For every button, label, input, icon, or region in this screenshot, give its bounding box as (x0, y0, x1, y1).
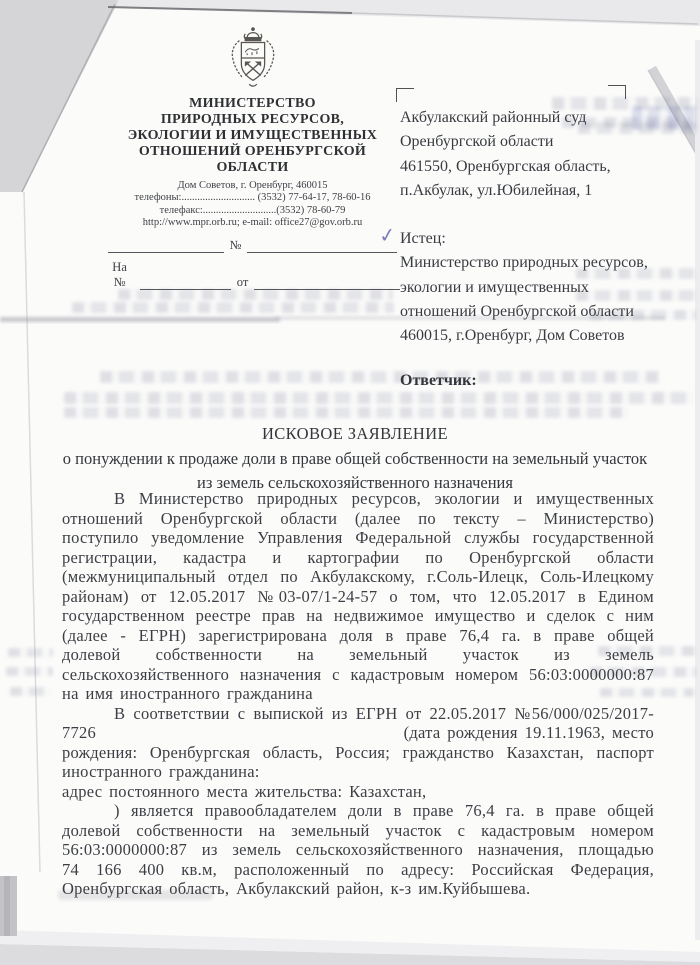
redaction-gap-line: 7726 (дата рождения 19.11.1963, место (62, 723, 654, 743)
bleed-through-artifact (6, 667, 53, 676)
court-address-line: п.Акбулак, ул.Юбилейная, 1 (400, 179, 658, 203)
plaintiff-label: ✓ Истец: (400, 227, 658, 251)
letterhead: МИНИСТЕРСТВО ПРИРОДНЫХ РЕСУРСОВ, ЭКОЛОГИ… (105, 26, 400, 290)
court-address-line: Оренбургской области (400, 130, 658, 154)
plaintiff-line: отношений Оренбургской области (400, 300, 658, 324)
doc-number-blank (247, 239, 397, 253)
ref-number-row: На № от (105, 260, 400, 290)
bleed-through-artifact (10, 687, 52, 696)
body-paragraph: В Министерство природных ресурсов, эколо… (62, 489, 654, 704)
body-paragraph: рождения: Оренбургская область, Россия; … (62, 743, 654, 782)
body-paragraph: В соответствии с выпиской из ЕГРН от 22.… (62, 704, 654, 724)
court-address-line: 461550, Оренбургская область, (400, 155, 658, 179)
addressee-block: Акбулакский районный суд Оренбургской об… (400, 85, 658, 393)
letterhead-web: http://www.mpr.orb.ru; e-mail: office27@… (105, 217, 400, 229)
scanned-document-page: МИНИСТЕРСТВО ПРИРОДНЫХ РЕСУРСОВ, ЭКОЛОГИ… (0, 0, 700, 965)
bleed-through-artifact (64, 392, 694, 404)
org-name-line: ЭКОЛОГИИ И ИМУЩЕСТВЕННЫХ (105, 128, 400, 144)
ref-from-label: от (237, 275, 249, 290)
document-body: В Министерство природных ресурсов, эколо… (62, 489, 654, 899)
page-left-edge (24, 192, 40, 872)
number-sign: № (230, 238, 242, 253)
pen-checkmark-icon: ✓ (377, 222, 397, 248)
corner-bracket-right-icon (608, 85, 626, 99)
letterhead-phones: телефоны:............................ (3… (105, 192, 400, 204)
page-right-edge (695, 40, 700, 940)
doc-title: ИСКОВОЕ ЗАЯВЛЕНИЕ (55, 424, 655, 444)
letterhead-address: Дом Советов, г. Оренбург, 460015 (105, 180, 400, 192)
doc-number-row: № (105, 238, 400, 253)
ref-label: На № (105, 260, 134, 290)
court-address-line: Акбулакский районный суд (400, 106, 658, 130)
org-name-line: МИНИСТЕРСТВО (105, 96, 400, 112)
ref-number-blank (140, 276, 231, 290)
bleed-through-artifact (72, 302, 394, 313)
coat-of-arms-icon (222, 26, 284, 92)
body-paragraph: адрес постоянного места жительства: Каза… (62, 782, 654, 802)
scanner-strip-dark (4, 876, 10, 936)
bleed-through-artifact (8, 648, 53, 657)
corner-bracket-left-icon (396, 88, 414, 102)
plaintiff-line: 460015, г.Оренбург, Дом Советов (400, 324, 658, 348)
body-paragraph: ) является правообладателем доли в праве… (62, 801, 654, 899)
plaintiff-line: Министерство природных ресурсов, (400, 251, 658, 275)
document-title-block: ИСКОВОЕ ЗАЯВЛЕНИЕ о понуждении к продаже… (55, 424, 655, 494)
org-name-line: ПРИРОДНЫХ РЕСУРСОВ, (105, 112, 400, 128)
plaintiff-line: экологии и имущественных (400, 276, 658, 300)
bleed-through-artifact (118, 289, 393, 300)
org-name-line: ОТНОШЕНИЙ ОРЕНБУРГСКОЙ (105, 144, 400, 160)
egrn-number-tail: 7726 (62, 723, 96, 743)
page-corner-shadow (0, 0, 118, 192)
doc-number-blank (108, 239, 224, 253)
ref-date-blank (254, 276, 400, 290)
bleed-through-artifact (64, 407, 629, 418)
birth-date-fragment: (дата рождения 19.11.1963, место (404, 723, 654, 743)
defendant-label: Ответчик: (400, 369, 658, 393)
letterhead-fax: телефакс:............................(35… (105, 205, 400, 217)
doc-subtitle: о понуждении к продаже доли в праве обще… (59, 447, 651, 494)
org-name-line: ОБЛАСТИ (105, 160, 400, 176)
